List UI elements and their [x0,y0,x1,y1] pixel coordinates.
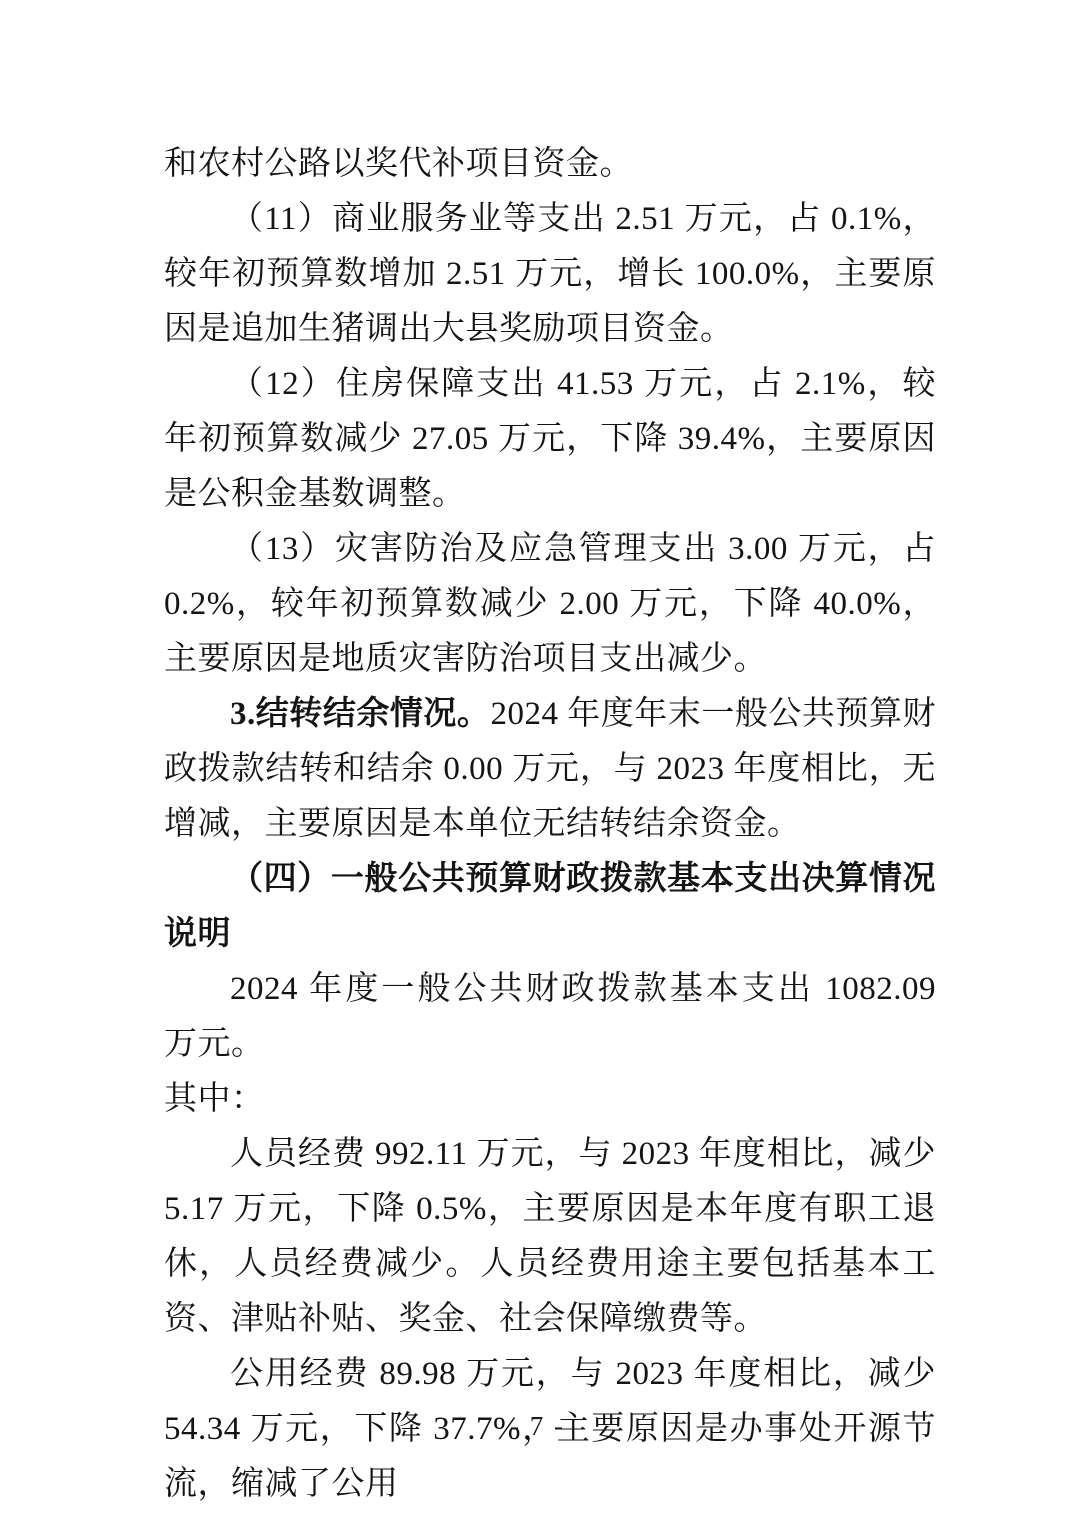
page-number: - 7 - [0,1406,1075,1446]
bold-text-run: （四）一般公共预算财政拨款基本支出决算情况说明 [164,861,936,952]
paragraph: 人员经费 992.11 万元，与 2023 年度相比，减少 5.17 万元，下降… [164,1127,936,1347]
text-run: 其中： [164,1081,265,1117]
document-page: 和农村公路以奖代补项目资金。（11）商业服务业等支出 2.51 万元，占 0.1… [0,0,1075,1520]
text-run: 人员经费 992.11 万元，与 2023 年度相比，减少 5.17 万元，下降… [164,1136,936,1337]
text-run: （11）商业服务业等支出 2.51 万元，占 0.1%，较年初预算数增加 2.5… [164,201,936,347]
paragraph: 其中： [164,1072,936,1127]
paragraph: （11）商业服务业等支出 2.51 万元，占 0.1%，较年初预算数增加 2.5… [164,192,936,357]
paragraph: 2024 年度一般公共财政拨款基本支出 1082.09 万元。 [164,962,936,1072]
text-run: （12）住房保障支出 41.53 万元，占 2.1%，较年初预算数减少 27.0… [164,366,936,512]
document-body: 和农村公路以奖代补项目资金。（11）商业服务业等支出 2.51 万元，占 0.1… [164,137,936,1512]
paragraph: 和农村公路以奖代补项目资金。 [164,137,936,192]
paragraph: （12）住房保障支出 41.53 万元，占 2.1%，较年初预算数减少 27.0… [164,357,936,522]
paragraph: 3.结转结余情况。2024 年度年末一般公共预算财政拨款结转和结余 0.00 万… [164,687,936,852]
section-heading: （四）一般公共预算财政拨款基本支出决算情况说明 [164,852,936,962]
bold-text-run: 3.结转结余情况。 [230,696,490,732]
text-run: （13）灾害防治及应急管理支出 3.00 万元，占 0.2%，较年初预算数减少 … [164,531,936,677]
paragraph: （13）灾害防治及应急管理支出 3.00 万元，占 0.2%，较年初预算数减少 … [164,522,936,687]
text-run: 2024 年度一般公共财政拨款基本支出 1082.09 万元。 [164,971,936,1062]
text-run: 和农村公路以奖代补项目资金。 [164,146,633,182]
